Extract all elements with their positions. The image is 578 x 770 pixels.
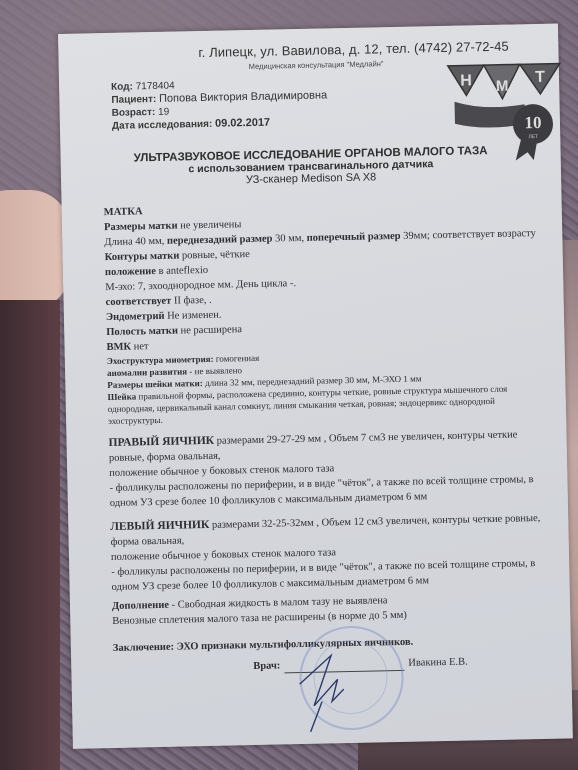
report-body: МАТКА Размеры матки не увеличены Длина 4… — [104, 196, 554, 677]
svg-text:10: 10 — [524, 113, 541, 132]
report-title: УЛЬТРАЗВУКОВОЕ ИССЛЕДОВАНИЕ ОРГАНОВ МАЛО… — [101, 144, 522, 189]
patient-label: Пациент: — [111, 94, 156, 106]
signature-icon — [291, 653, 363, 734]
hand-thumb — [0, 190, 70, 310]
svg-text:ЛЕТ: ЛЕТ — [528, 134, 538, 140]
patient-name: Попова Виктория Владимировна — [159, 89, 327, 105]
doctor-name: Ивакина Е.В. — [408, 655, 468, 671]
svg-text:Т: Т — [535, 69, 545, 86]
age-label: Возраст: — [112, 107, 156, 119]
date-label: Дата исследования: — [112, 119, 213, 132]
patient-info: Код: 7178404 Пациент: Попова Виктория Вл… — [111, 76, 328, 133]
ultrasound-report-sheet: г. Липецк, ул. Вавилова, д. 12, тел. (47… — [58, 24, 573, 749]
code-label: Код: — [111, 81, 133, 92]
dark-fabric-left — [0, 300, 60, 770]
date-value: 09.02.2017 — [215, 117, 270, 130]
code-value: 7178404 — [136, 81, 175, 93]
svg-text:Н: Н — [460, 72, 472, 89]
doctor-label: Врач: — [253, 658, 280, 674]
clinic-name: Медицинская консультация "Медлайн" — [249, 59, 384, 71]
age-value: 19 — [158, 107, 169, 118]
svg-text:М: М — [496, 78, 509, 95]
